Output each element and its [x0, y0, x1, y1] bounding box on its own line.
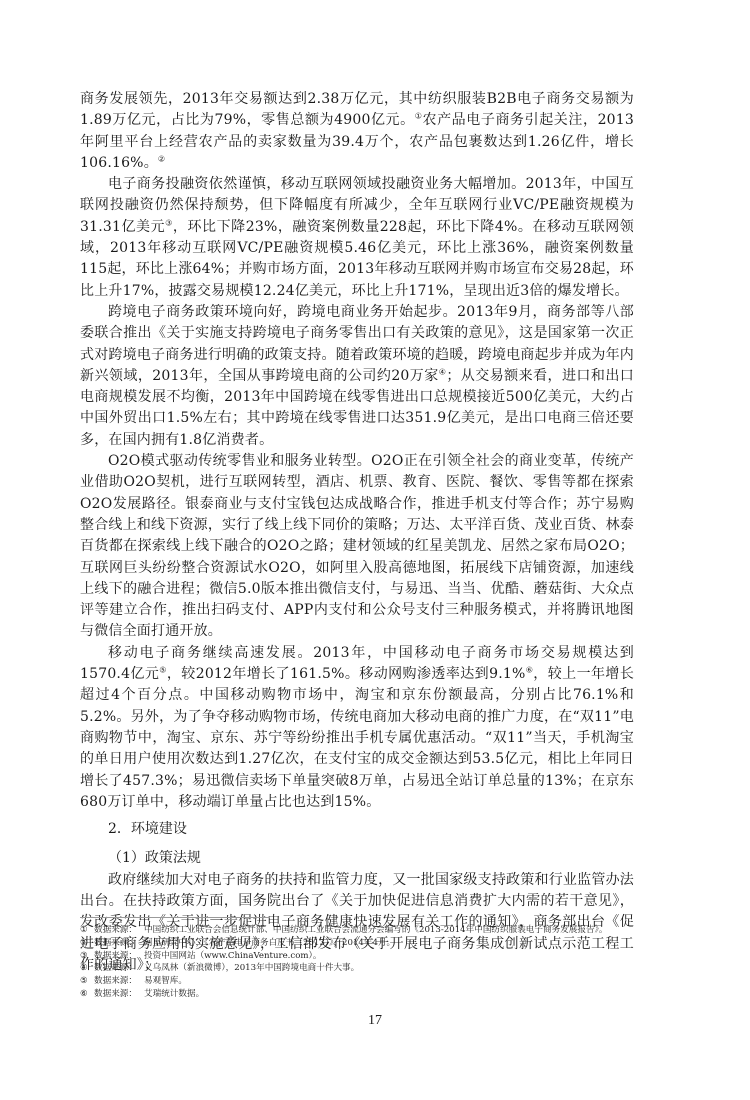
- document-page: 商务发展领先，2013年交易额达到2.38万亿元，其中纺织服装B2B电子商务交易…: [0, 0, 750, 1100]
- footnote-separator: [80, 917, 270, 918]
- footnote-2: ② 数据来源： 阿里研究中心，《农产品电子商务白皮书（2013）》，2014年4…: [80, 937, 640, 950]
- footnote-ref[interactable]: ②: [158, 154, 165, 163]
- paragraph-cross-border: 跨境电子商务政策环境向好，跨境电商业务开始起步。2013年9月，商务部等八部委联…: [80, 302, 634, 451]
- body-text: 商务发展领先，2013年交易额达到2.38万亿元，其中纺织服装B2B电子商务交易…: [80, 89, 634, 976]
- footnotes: ① 数据来源： 中国纺织工业联合会信息统计部、中国纺织工业联合会流通分会编写的《…: [80, 924, 640, 1001]
- paragraph-mobile-commerce: 移动电子商务继续高速发展。2013年，中国移动电子商务市场交易规模达到1570.…: [80, 643, 634, 813]
- subsection-heading: （1）政策法规: [80, 848, 634, 869]
- footnote-4: ④ 数据来源： 义乌凤林（新浪微博），2013年中国跨境电商十件大事。: [80, 962, 640, 975]
- paragraph-o2o: O2O模式驱动传统零售业和服务业转型。O2O正在引领全社会的商业变革，传统产业借…: [80, 451, 634, 643]
- footnote-ref[interactable]: ③: [165, 218, 173, 227]
- paragraph-investment: 电子商务投融资依然谨慎，移动互联网领域投融资业务大幅增加。2013年，中国互联网…: [80, 174, 634, 302]
- section-heading: 2．环境建设: [80, 819, 634, 840]
- footnote-6: ⑥ 数据来源： 艾瑞统计数据。: [80, 988, 640, 1001]
- footnote-ref[interactable]: ①: [415, 112, 423, 121]
- footnote-5: ⑤ 数据来源： 易观智库。: [80, 975, 640, 988]
- footnote-3: ③ 数据来源： 投资中国网站（www.ChinaVenture.com）。: [80, 950, 640, 963]
- footnote-1: ① 数据来源： 中国纺织工业联合会信息统计部、中国纺织工业联合会流通分会编写的《…: [80, 924, 640, 937]
- page-number: 17: [0, 1013, 750, 1029]
- paragraph-textile-agri: 商务发展领先，2013年交易额达到2.38万亿元，其中纺织服装B2B电子商务交易…: [80, 89, 634, 174]
- footnote-ref[interactable]: ⑤: [159, 665, 167, 674]
